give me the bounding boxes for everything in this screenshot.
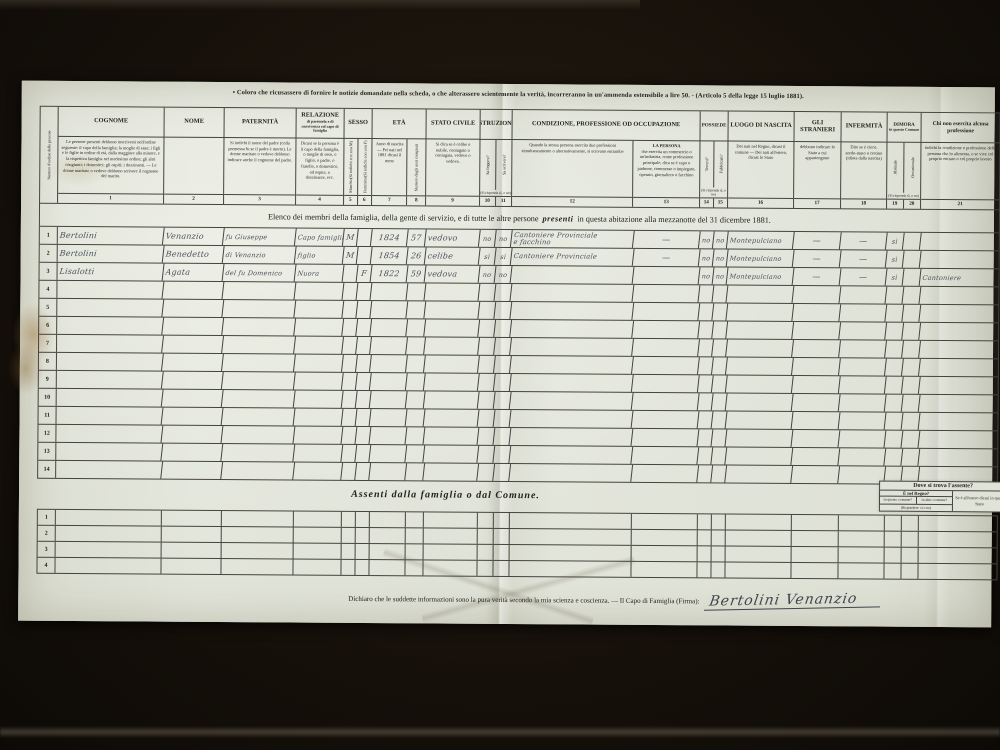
cell-dimora-occasionale: [902, 413, 921, 430]
cell-chi-non-esercita: [919, 341, 999, 359]
absent-table: 1: [36, 509, 997, 581]
cell-dimora-abituale: [885, 305, 904, 322]
cell-nome: Benedetto: [163, 246, 225, 263]
cell-chi-non-esercita: [919, 323, 999, 341]
istruzione-legge-label: Sa leggere?: [485, 155, 490, 174]
absent-cell: [478, 529, 494, 544]
cell-paternita: [221, 444, 295, 461]
row-number: 9: [39, 371, 57, 388]
cell-paternita: [222, 354, 296, 371]
sesso-m-num: 5: [344, 196, 358, 205]
cell-condizione: Cantoniere Provinciale: [511, 248, 635, 266]
cell-anni-compiuti: [405, 445, 425, 462]
cell-stato-civile: [424, 319, 480, 336]
cell-infermita: [839, 394, 887, 411]
cell-chi-non-esercita: [919, 287, 999, 305]
possiede-terreni-label: Terreni?: [704, 157, 709, 171]
cell-stato-civile: vedovo: [425, 229, 481, 246]
absent-cell: [222, 543, 294, 559]
cell-cognome: [55, 425, 163, 443]
cell-relazione: [294, 409, 344, 426]
absent-cell: [631, 562, 697, 577]
cell-luogo-nascita: [726, 358, 794, 375]
cell-luogo-nascita: Montepulciano: [727, 268, 795, 285]
cell-cognome: [55, 461, 163, 479]
cell-nome: Venanzio: [163, 228, 225, 245]
cell-infermita: —: [840, 268, 888, 285]
absent-row-number: 1: [38, 510, 56, 525]
column-header-dimora: DIMORA in questo Comune Abituale Occasio…: [887, 113, 922, 209]
where-absent-altro-comune: in altro comune?: [917, 497, 953, 504]
cell-la-persona: [632, 321, 700, 338]
chi-non-esercita-num: 21: [921, 200, 999, 210]
where-absent-note: (Rispondere: sì o no): [880, 503, 952, 511]
absent-cell: [370, 528, 406, 543]
stato-civile-title: STATO CIVILE: [426, 109, 479, 139]
absent-cell: [56, 526, 162, 542]
absent-cell: [221, 559, 293, 575]
cell-cognome: [56, 407, 164, 425]
possiede-fabbricati-label: Fabbricati?: [718, 155, 723, 174]
cell-infermita: [838, 430, 886, 447]
where-absent-box: Dove si trova l'assente? È nel Regno? in…: [879, 481, 1000, 512]
cell-condizione: [510, 338, 634, 356]
column-header-cognome: COGNOME Le persone presenti debbono insc…: [58, 107, 165, 204]
absent-cell: [294, 528, 342, 543]
cell-condizione: [510, 410, 634, 428]
column-header-relazione: RELAZIONE di parentela e di convivenza c…: [296, 109, 345, 205]
cell-luogo-nascita: [726, 286, 794, 303]
row-number: 2: [40, 245, 58, 262]
cell-nome: [161, 444, 223, 461]
cell-chi-non-esercita: [919, 395, 999, 413]
cell-condizione: [510, 374, 634, 392]
la-persona-title: LA PERSONA: [653, 143, 681, 148]
absent-cell: [792, 531, 839, 546]
cell-dimora-abituale: [884, 449, 903, 466]
absent-cell: [711, 562, 725, 577]
cell-stato-civile: celibe: [425, 247, 481, 264]
eta-nascita-desc: Anno di nascita — Pei nati nel 1881 dica…: [372, 139, 407, 195]
absent-cell: [885, 532, 902, 547]
absent-cell: [424, 544, 478, 559]
cell-condizione: [510, 356, 634, 374]
cell-infermita: [838, 448, 886, 465]
dimora-occasionale-label: Occasionale: [909, 158, 914, 179]
cell-relazione: [293, 463, 343, 480]
cell-relazione: [294, 355, 344, 372]
cell-anno-nascita: [370, 391, 408, 408]
declaration-text: Dichiaro che le suddette informazioni so…: [348, 595, 699, 605]
cell-cognome: Bertolini: [57, 227, 165, 245]
cell-stranieri: [792, 304, 841, 321]
condizione-desc: Quando la stessa persona esercita due pr…: [512, 140, 633, 197]
cell-chi-non-esercita: [919, 305, 999, 323]
numero-vertical-label: Numero d'ordine delle persone: [40, 107, 58, 203]
column-header-numero: Numero d'ordine delle persone: [40, 107, 59, 203]
declaration-line: Dichiaro che le suddette informazioni so…: [348, 589, 881, 610]
sesso-f-num: 6: [358, 196, 372, 205]
sesso-f-note: (Si indichi con una F): [362, 141, 367, 178]
absent-cell: [902, 548, 919, 563]
absent-cell: [406, 544, 424, 559]
cell-paternita: del fu Domenico: [223, 264, 297, 281]
eta-anni-label: Numero degli anni compiuti: [414, 144, 419, 191]
cell-infermita: [839, 304, 887, 321]
cell-anni-compiuti: 26: [407, 247, 427, 264]
cell-nome: [161, 426, 223, 443]
column-header-stranieri: GLI STRANIERI debbono indicare lo Stato …: [794, 112, 842, 208]
absent-cell: [493, 561, 509, 576]
cell-la-persona: [632, 339, 700, 356]
cell-luogo-nascita: [725, 430, 793, 447]
cell-nome: [162, 354, 224, 371]
absent-cell: [509, 561, 631, 577]
istruzione-scrive-num: 11: [496, 197, 512, 206]
absent-cell: [294, 512, 342, 527]
paternita-title: PATERNITÀ: [225, 108, 296, 138]
cell-stranieri: [792, 376, 841, 393]
cell-la-persona: [632, 285, 700, 302]
stranieri-num: 17: [794, 199, 840, 208]
row-number: 8: [39, 353, 57, 370]
cell-infermita: [839, 286, 887, 303]
photo-of-census-sheet: • Coloro che ricusassero di fornire le n…: [0, 0, 1000, 750]
luogo-desc: Dei nati nel Regno, dicasi il comune — D…: [728, 142, 793, 198]
absent-cell: [494, 513, 510, 528]
cell-dimora-abituale: [885, 413, 904, 430]
cell-dimora-abituale: [885, 323, 904, 340]
eta-nascita-num: 7: [372, 196, 407, 205]
cell-chi-non-esercita: [919, 377, 999, 395]
head-of-family-signature: Bertolini Venanzio: [704, 590, 883, 610]
absent-cell: [725, 563, 791, 578]
absent-cell: [494, 529, 510, 544]
list-title-pre: Elenco dei membri della famiglia, della …: [268, 212, 539, 223]
cognome-title: COGNOME: [59, 107, 164, 138]
cell-dimora-abituale: [884, 431, 903, 448]
cell-paternita: [222, 282, 296, 299]
cognome-desc: Le persone presenti debbono inscriversi …: [58, 137, 163, 194]
where-absent-estero: Se è all'estero dicasi in quale Stato: [953, 491, 1000, 511]
cell-dimora-abituale: sì: [886, 233, 905, 250]
sesso-title: SESSO: [344, 109, 371, 139]
cell-anno-nascita: [370, 301, 408, 318]
condizione-title: CONDIZIONE, PROFESSIONE OD OCCUPAZIONE: [512, 110, 699, 141]
absent-cell: [406, 512, 424, 527]
cell-la-persona: —: [633, 249, 701, 266]
cell-la-persona: [633, 267, 701, 284]
cell-relazione: [294, 337, 344, 354]
cell-relazione: [294, 373, 344, 390]
absent-cell: [712, 514, 726, 529]
cell-infermita: —: [840, 232, 888, 249]
cell-anno-nascita: [370, 373, 408, 390]
cell-anni-compiuti: 59: [407, 265, 427, 282]
cell-condizione: [511, 266, 635, 284]
cell-la-persona: [632, 357, 700, 374]
absent-cell: [510, 545, 632, 561]
cell-nome: [162, 282, 224, 299]
cell-dimora-abituale: [885, 287, 904, 304]
cell-anno-nascita: 1822: [371, 265, 409, 282]
cell-nome: [162, 336, 224, 353]
absent-cell: [356, 528, 370, 543]
cell-paternita: [222, 390, 296, 407]
absent-cell: [884, 564, 901, 579]
cell-luogo-nascita: [726, 322, 794, 339]
cell-infermita: [839, 358, 887, 375]
cell-anni-compiuti: [406, 319, 426, 336]
absent-cell: [405, 560, 423, 575]
absent-cell: [919, 548, 997, 564]
cell-paternita: [222, 372, 296, 389]
cell-anno-nascita: [369, 445, 407, 462]
cell-stato-civile: [424, 391, 480, 408]
dimora-title-sub: in questo Comune: [889, 128, 919, 133]
possiede-fabbricati-num: 15: [714, 198, 728, 207]
cell-paternita: di Venanzio: [223, 246, 297, 263]
cell-dimora-abituale: sì: [886, 251, 905, 268]
cell-stranieri: —: [793, 250, 842, 267]
cell-la-persona: [632, 303, 700, 320]
absent-cell: [698, 546, 712, 561]
column-header-istruzione: ISTRUZIONE Sa leggere? Sa scrivere? (Si …: [480, 110, 513, 206]
cell-anno-nascita: [369, 463, 407, 480]
cell-stato-civile: [424, 373, 480, 390]
absent-cell: [901, 564, 918, 579]
sesso-f-label: Femmina: [362, 177, 367, 193]
cell-infermita: [839, 322, 887, 339]
row-number: 12: [38, 425, 56, 442]
cell-luogo-nascita: [725, 466, 793, 483]
absent-cell: [222, 511, 294, 527]
census-table-body: 1 Bertolini Venanzio fu Giuseppe Capo fa…: [38, 227, 999, 485]
absent-cell: [839, 531, 885, 546]
absent-cell: [726, 547, 792, 562]
cell-stranieri: [791, 430, 840, 447]
cell-luogo-nascita: Montepulciano: [727, 232, 795, 249]
cell-stato-civile: [423, 445, 479, 462]
cell-relazione: [294, 283, 344, 300]
cell-paternita: [221, 426, 295, 443]
nome-num: 2: [164, 195, 223, 204]
cell-stranieri: [792, 322, 841, 339]
cell-dimora-occasionale: [902, 377, 921, 394]
absent-cell: [632, 546, 698, 561]
eta-title: ETÀ: [372, 109, 425, 139]
la-persona-num: 13: [633, 198, 699, 207]
legal-notice: • Coloro che ricusassero di fornire le n…: [72, 88, 965, 101]
cell-relazione: [294, 391, 344, 408]
absent-cell: [838, 563, 884, 578]
chi-non-esercita-title: Chi non esercita alcuna professione: [921, 113, 999, 144]
cell-la-persona: [631, 447, 699, 464]
cell-dimora-occasionale: [902, 359, 921, 376]
column-header-nome: NOME 2: [164, 108, 225, 204]
cell-nome: [162, 408, 224, 425]
cell-dimora-occasionale: [902, 323, 921, 340]
cell-anni-compiuti: [406, 355, 426, 372]
absent-cell: [478, 545, 494, 560]
row-number: 6: [39, 317, 57, 334]
absent-cell: [792, 547, 839, 562]
cell-stato-civile: [424, 355, 480, 372]
absent-cell: [632, 530, 698, 545]
cell-anni-compiuti: [406, 373, 426, 390]
cell-anno-nascita: [370, 409, 408, 426]
cell-stranieri: [792, 394, 841, 411]
cell-stranieri: —: [793, 232, 842, 249]
cell-cognome: Bertolini: [57, 245, 165, 263]
row-number: 4: [39, 281, 57, 298]
cell-relazione: Capo famiglia: [295, 229, 345, 246]
cell-anno-nascita: 1824: [371, 229, 409, 246]
absent-cell: [478, 513, 494, 528]
cell-dimora-occasionale: [903, 233, 922, 250]
cell-la-persona: [632, 375, 700, 392]
cell-luogo-nascita: [726, 304, 794, 321]
paternita-desc: Si indichi il nome del padre (colla prem…: [224, 138, 295, 194]
absent-cell: [839, 515, 885, 530]
absent-cell: [726, 515, 792, 530]
istruzione-scrive-label: Sa scrivere?: [501, 155, 506, 175]
absent-cell: [341, 560, 355, 575]
la-persona-desc: che esercita un commercio o un'industria…: [638, 149, 696, 177]
row-number: 14: [38, 461, 56, 478]
absent-cell: [424, 512, 478, 527]
cell-anno-nascita: [370, 319, 408, 336]
cell-chi-non-esercita: [920, 251, 1000, 269]
cell-chi-non-esercita: [919, 413, 999, 431]
cell-paternita: [222, 408, 296, 425]
cell-anni-compiuti: [406, 301, 426, 318]
dimora-occasionale-num: 20: [904, 200, 921, 209]
cell-stranieri: [791, 448, 840, 465]
istruzione-title: ISTRUZIONE: [480, 110, 511, 140]
census-sheet-paper: • Coloro che ricusassero di fornire le n…: [18, 81, 995, 628]
infermita-desc: Dire se è cieco, sordo-muto o cretino (i…: [841, 142, 886, 198]
cell-luogo-nascita: [726, 394, 794, 411]
absent-cell: [370, 544, 406, 559]
cell-relazione: figlio: [295, 247, 345, 264]
cell-luogo-nascita: [725, 448, 793, 465]
cell-cognome: [56, 389, 164, 407]
row-number: 7: [39, 335, 57, 352]
row-number: 5: [39, 299, 57, 316]
relazione-desc: Dicasi se la persona è il capo della fam…: [296, 139, 343, 195]
cell-cognome: [55, 443, 163, 461]
cell-anni-compiuti: [406, 337, 426, 354]
column-header-possiede: POSSIEDE Terreni? Fabbricati? (Si rispon…: [700, 111, 729, 207]
cell-dimora-abituale: sì: [886, 269, 905, 286]
census-table-header: Numero d'ordine delle persone COGNOME Le…: [40, 107, 1000, 211]
absent-cell: [494, 545, 510, 560]
cell-nome: [162, 390, 224, 407]
nome-desc: [164, 138, 223, 194]
cell-paternita: [221, 462, 295, 479]
cell-condizione: Cantoniere Provinciale e facchino: [511, 230, 635, 248]
cell-chi-non-esercita: [918, 431, 998, 449]
cognome-num: 1: [58, 194, 163, 204]
cell-infermita: [839, 376, 887, 393]
cell-chi-non-esercita: [919, 359, 999, 377]
absent-row-number: 2: [38, 526, 56, 541]
cell-anni-compiuti: 57: [407, 229, 427, 246]
column-header-paternita: PATERNITÀ Si indichi il nome del padre (…: [224, 108, 297, 205]
cell-relazione: Nuora: [295, 265, 345, 282]
absent-cell: [902, 532, 919, 547]
cell-paternita: fu Giuseppe: [223, 228, 297, 245]
cell-cognome: [56, 281, 164, 299]
absent-cell: [355, 560, 369, 575]
cell-dimora-occasionale: [902, 305, 921, 322]
absent-cell: [406, 528, 424, 543]
absent-cell: [510, 513, 632, 529]
cell-stato-civile: [424, 301, 480, 318]
column-header-luogo-di-nascita: LUOGO DI NASCITA Dei nati nel Regno, dic…: [728, 112, 795, 208]
absent-cell: [222, 527, 294, 543]
absent-cell: [161, 559, 221, 574]
row-number: 1: [40, 227, 58, 244]
cell-dimora-occasionale: [902, 395, 921, 412]
cell-chi-non-esercita: Cantoniere: [920, 269, 1000, 287]
chi-non-esercita-desc: indichi la condizione o professione dell…: [921, 143, 999, 200]
row-number: 13: [38, 443, 56, 460]
cell-la-persona: [631, 465, 699, 482]
sesso-m-label: Maschio: [348, 179, 353, 193]
cell-stranieri: —: [793, 268, 842, 285]
absent-cell: [370, 512, 406, 527]
list-title-emphasis: presenti: [543, 214, 574, 223]
cell-stato-civile: [424, 409, 480, 426]
cell-dimora-abituale: [885, 359, 904, 376]
eta-anni-num: 8: [407, 196, 425, 205]
infermita-title: INFERMITÀ: [841, 112, 886, 142]
cell-la-persona: [631, 429, 699, 446]
absent-cell: [698, 530, 712, 545]
absent-section-title: Assenti dalla famiglia o dal Comune.: [19, 487, 872, 504]
stranieri-title: GLI STRANIERI: [794, 112, 840, 142]
cell-anni-compiuti: [406, 409, 426, 426]
column-header-stato-civile: STATO CIVILE Si dica se è celibe o nubil…: [426, 109, 481, 205]
cell-stato-civile: [423, 463, 479, 480]
column-header-eta: ETÀ Anno di nascita — Pei nati nel 1881 …: [372, 109, 427, 205]
cell-infermita: [839, 340, 887, 357]
condizione-num: 12: [512, 197, 633, 207]
cell-la-persona: —: [633, 231, 701, 248]
cell-infermita: [839, 412, 887, 429]
dimora-abituale-num: 19: [887, 200, 904, 209]
row-number: 10: [39, 389, 57, 406]
absent-cell: [726, 531, 792, 546]
cell-dimora-occasionale: [901, 449, 920, 466]
luogo-title: LUOGO DI NASCITA: [728, 112, 793, 142]
cell-nome: [162, 318, 224, 335]
cell-anni-compiuti: [405, 463, 425, 480]
cell-anno-nascita: [370, 283, 408, 300]
cell-paternita: [222, 336, 296, 353]
cell-stranieri: [791, 466, 840, 483]
relazione-title-sub: di parentela e di convivenza col capo di…: [298, 120, 343, 134]
absent-cell: [342, 528, 356, 543]
stato-civile-num: 9: [426, 196, 479, 205]
cell-dimora-abituale: [885, 377, 904, 394]
stato-civile-desc: Si dica se è celibe o nubile, coniugato …: [426, 139, 479, 195]
absent-cell: [342, 512, 356, 527]
cell-paternita: [222, 318, 296, 335]
absent-cell: [697, 562, 711, 577]
